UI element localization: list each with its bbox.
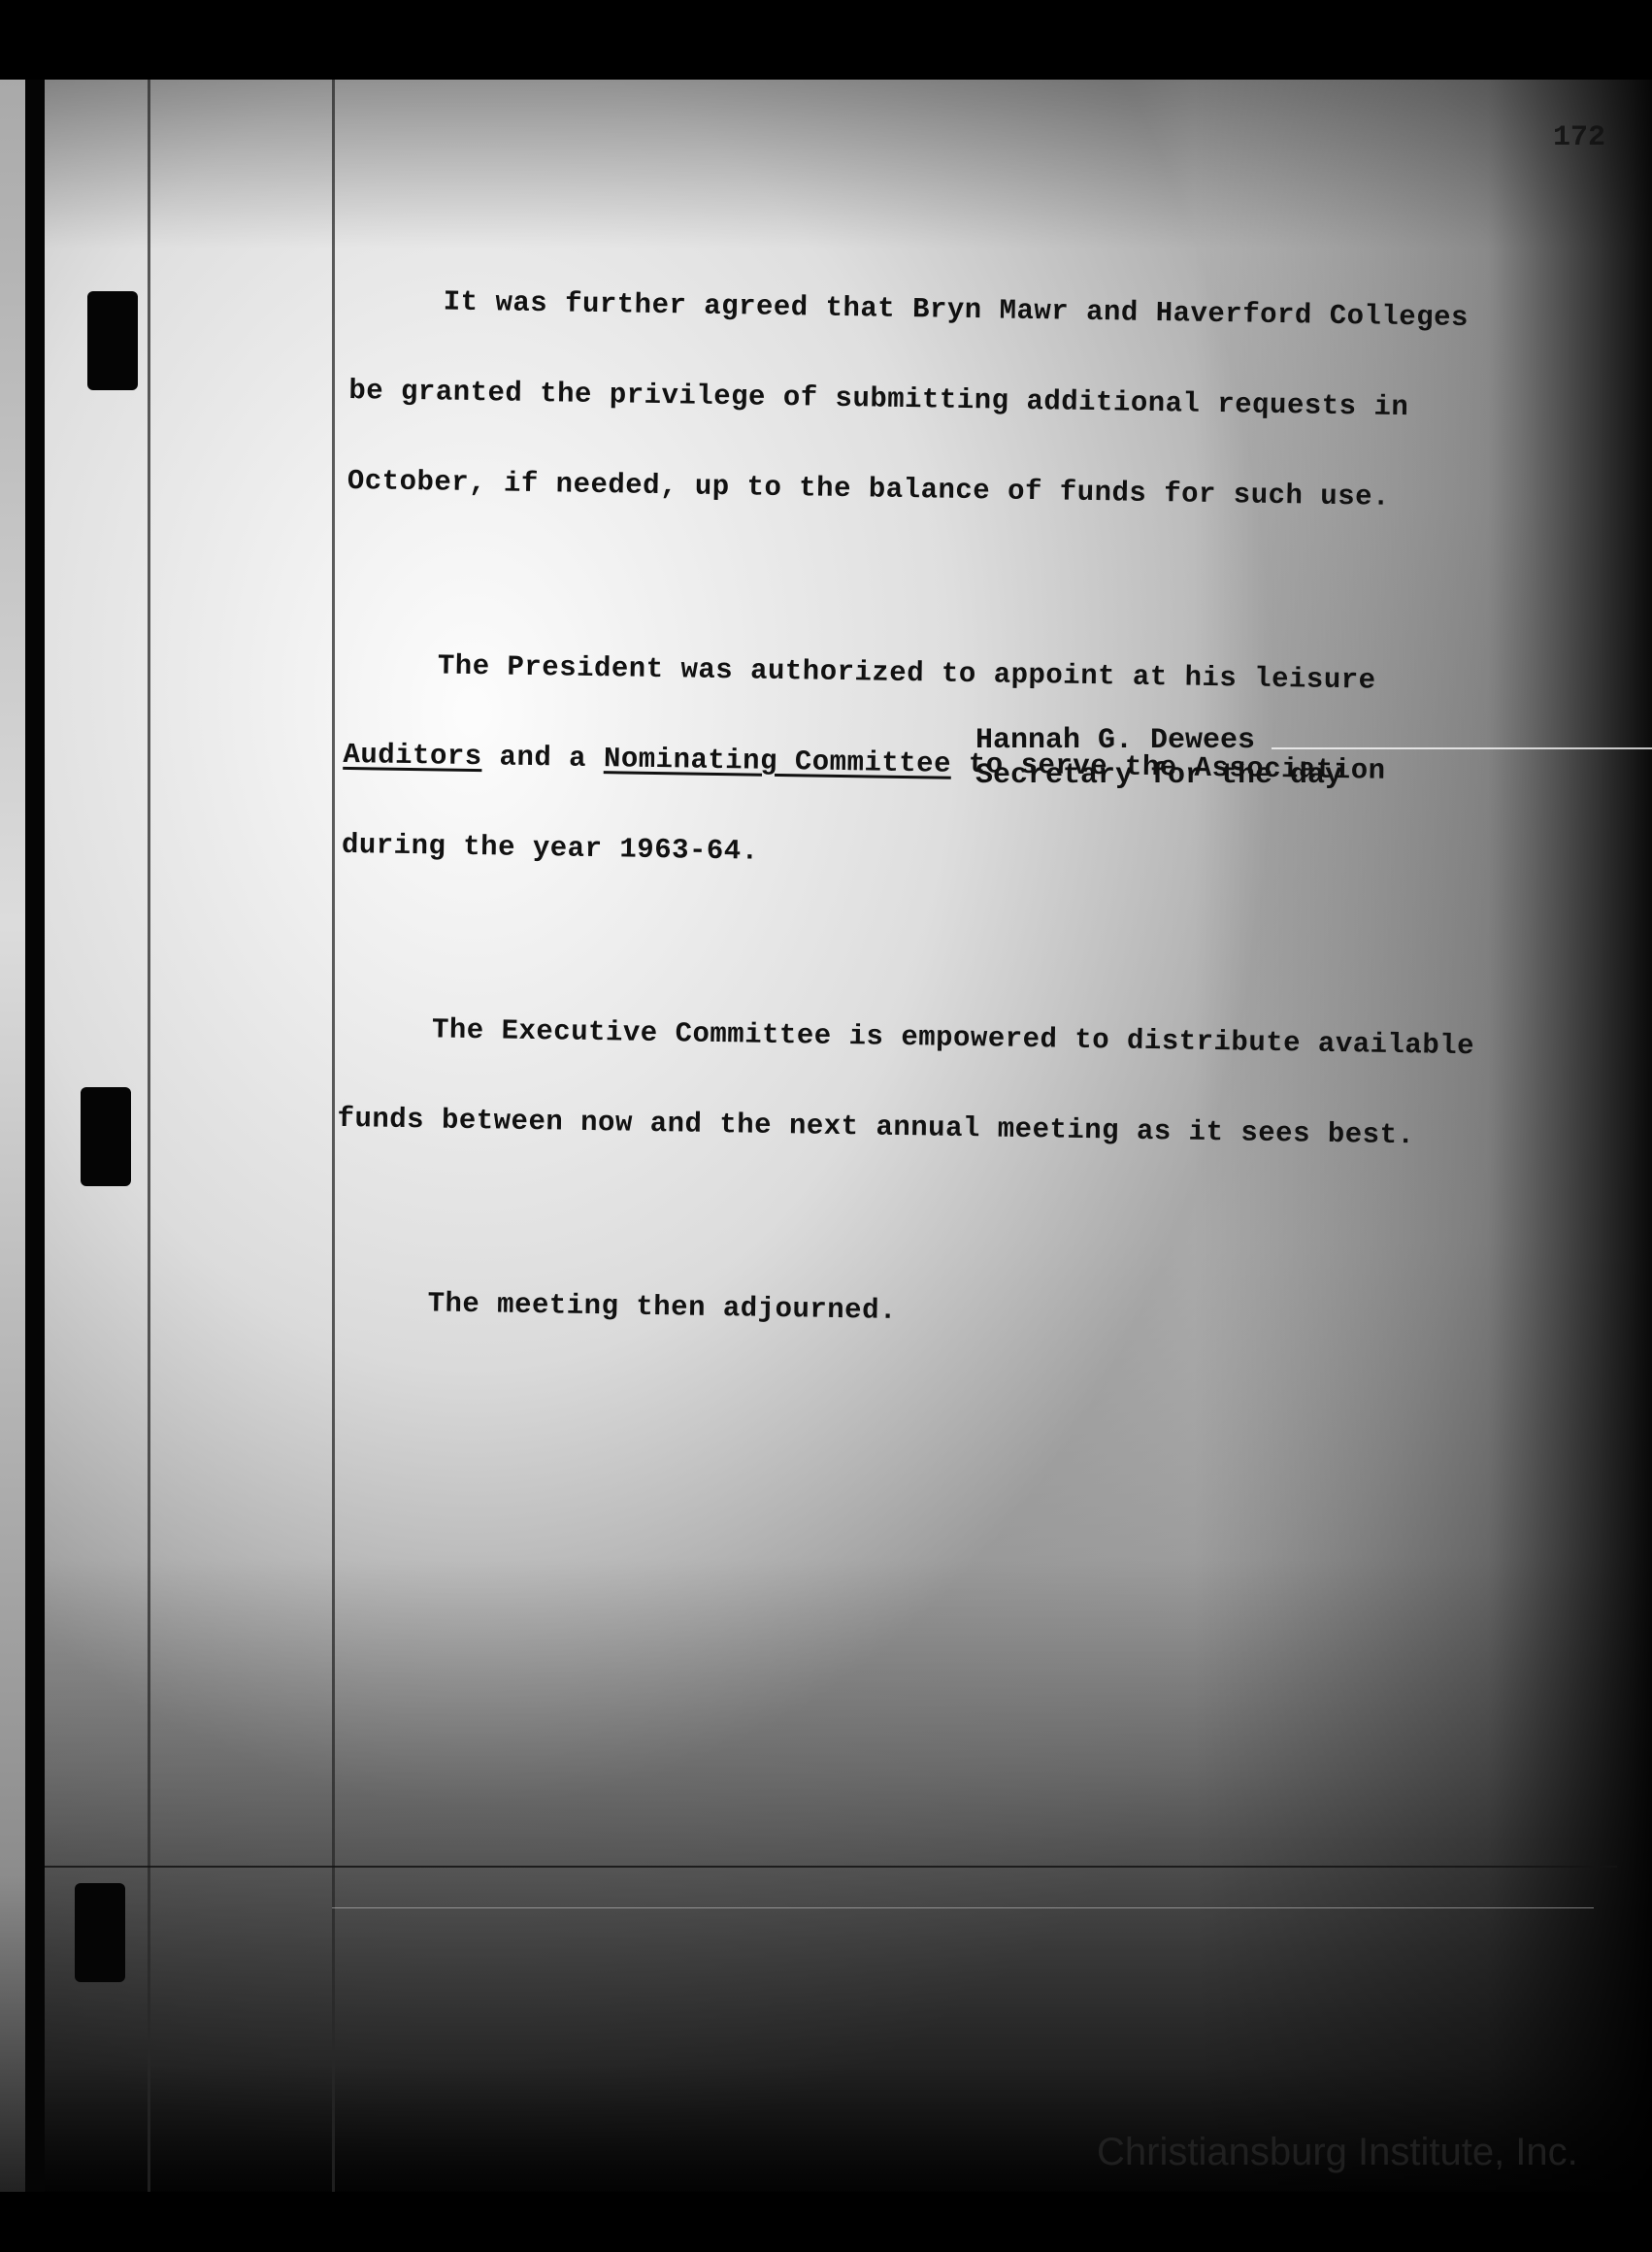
ruled-horizontal-line	[45, 1866, 1617, 1868]
signatory-title: Secretary for the day	[975, 758, 1342, 793]
underlined-term-auditors: Auditors	[343, 739, 482, 773]
signature-block: Hannah G. Dewees Secretary for the day	[975, 723, 1342, 793]
paragraph-adjournment: The meeting then adjourned.	[333, 1227, 1597, 1397]
paragraph-president-appointments: The President was authorized to appoint …	[341, 589, 1607, 940]
text-line: The meeting then adjourned.	[334, 1287, 1596, 1337]
paragraph-colleges-requests: It was further agreed that Bryn Mawr and…	[347, 225, 1613, 576]
text-line: It was further agreed that Bryn Mawr and…	[350, 285, 1612, 335]
ruled-margin-line	[148, 80, 150, 2192]
binder-hole	[87, 291, 138, 390]
document-body: It was further agreed that Bryn Mawr and…	[333, 225, 1613, 1430]
text-line: funds between now and the next annual me…	[337, 1104, 1599, 1153]
film-edge-bar	[25, 80, 45, 2192]
ruled-margin-line	[332, 80, 335, 2192]
film-top-border	[0, 0, 1652, 80]
watermark: Christiansburg Institute, Inc.	[1097, 2131, 1578, 2174]
underlined-term-nominating-committee: Nominating Committee	[604, 743, 952, 780]
ruled-horizontal-line	[332, 1907, 1594, 1908]
film-left-margin	[0, 80, 27, 2192]
text-line: October, if needed, up to the balance of…	[347, 466, 1609, 515]
text-line: during the year 1963-64.	[342, 830, 1603, 879]
text-line: The President was authorized to appoint …	[345, 649, 1606, 699]
text-line: The Executive Committee is empowered to …	[339, 1013, 1601, 1063]
paragraph-executive-committee: The Executive Committee is empowered to …	[336, 953, 1602, 1213]
microfilm-frame: 172 It was further agreed that Bryn Mawr…	[0, 0, 1652, 2252]
text-line: be granted the privilege of submitting a…	[348, 376, 1610, 425]
binder-hole	[81, 1087, 131, 1186]
scratch-line	[1272, 747, 1652, 749]
binder-hole	[75, 1883, 125, 1982]
signatory-name: Hannah G. Dewees	[975, 723, 1342, 758]
page-number: 172	[1553, 121, 1605, 154]
connector-text: and a	[499, 741, 586, 774]
film-bottom-border	[0, 2192, 1652, 2252]
